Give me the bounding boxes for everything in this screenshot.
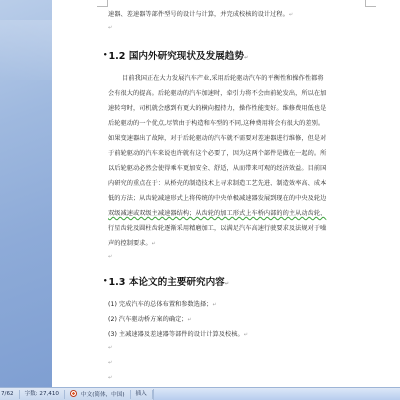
empty-paragraph[interactable]: ↵ <box>108 24 112 31</box>
margin-corner-mark-left <box>97 0 108 7</box>
body-line-last[interactable]: 声的控制要求。↵ <box>108 238 156 247</box>
paragraph-mark-icon: ↵ <box>108 345 112 351</box>
proofing-error-icon <box>70 390 77 397</box>
empty-paragraph[interactable]: ↵ <box>108 344 112 351</box>
body-line[interactable]: 低的方法；从齿轮减速形式上将传统的中央单极减速器发展到现在的中央及轮边 <box>108 193 326 202</box>
paragraph-mark-icon: ↵ <box>225 281 229 287</box>
body-line[interactable]: 速转弯时，司机就会感到有更大的横向握持力，操作性能变好。维修费用低也是 <box>108 103 326 112</box>
word-count[interactable]: 字数: 27,410 <box>20 390 65 399</box>
empty-paragraph[interactable]: ↵ <box>108 359 112 366</box>
list-item[interactable]: (2) 汽车驱动桥方案的确定；↵ <box>108 314 192 323</box>
section-heading-1-2[interactable]: •1.2 国内外研究现状及发展趋势↵ <box>103 48 248 62</box>
body-line[interactable]: 行星齿轮及圆柱齿轮逐渐采用精磨加工，以满足汽车高速行驶要求及法规对于噪 <box>108 223 326 232</box>
body-line[interactable]: 内研究的重点在于：从桥壳的制造技术上寻求制造工艺先进、制造效率高、成本 <box>108 178 326 187</box>
bullet-mark-icon: • <box>103 277 107 285</box>
paragraph-mark-icon: ↵ <box>213 302 217 308</box>
list-item[interactable]: (1) 完成汽车的总体布置和参数选择；↵ <box>108 299 217 308</box>
language-indicator: 中文(简体，中国) <box>81 392 125 398</box>
status-bar-fill <box>153 389 400 400</box>
body-line[interactable]: 目前我国正在大力发展汽车产业,采用后轮驱动汽车的平衡性和操作性都将 <box>122 73 324 82</box>
proofing-status[interactable]: 中文(简体，中国) <box>65 390 131 399</box>
insert-mode[interactable]: 插入 <box>131 390 153 399</box>
status-bar: 7/62 字数: 27,410 中文(简体，中国) 插入 <box>0 387 400 400</box>
page-indicator[interactable]: 7/62 <box>0 390 20 399</box>
list-item[interactable]: (3) 主减速器及差速器等部件的设计计算及校核。↵ <box>108 329 248 338</box>
paragraph-mark-icon: ↵ <box>108 360 112 366</box>
body-line[interactable]: 双级减速或双级主减速器结构；从齿轮的加工形式上车桥内部的的主从动齿轮、 <box>108 208 326 217</box>
workspace-background <box>0 0 52 387</box>
body-line[interactable]: 以后轮驱动必然会使得乘车更加安全、舒适，从而带来可观的经济效益。目前国 <box>108 163 326 172</box>
paragraph-mark-icon: ↵ <box>244 55 248 61</box>
paragraph-mark-icon: ↵ <box>289 12 293 18</box>
margin-corner-mark-right <box>365 0 376 7</box>
body-line[interactable]: 后轮驱动的一个优点,尽管由于构造和车型的不同,这种费用将会有很大的差别。 <box>108 118 324 127</box>
paragraph-mark-icon: ↵ <box>108 375 112 381</box>
text-line[interactable]: 速器、差速器等部件型号的设计与计算，并完成校核的设计过程。↵ <box>108 9 293 18</box>
paragraph-mark-icon: ↵ <box>188 317 192 323</box>
paragraph-mark-icon: ↵ <box>108 25 112 31</box>
body-line[interactable]: 于前轮驱动的汽车来说也许就有这个必要了，因为这两个部件是做在一起的。所 <box>108 148 326 157</box>
paragraph-mark-icon: ↵ <box>244 332 248 338</box>
bullet-mark-icon: • <box>103 51 107 59</box>
empty-paragraph[interactable]: ↵ <box>108 374 112 381</box>
empty-paragraph[interactable]: ↵ <box>108 253 112 260</box>
section-heading-1-3[interactable]: •1.3 本论文的主要研究内容↵ <box>103 274 229 288</box>
body-line[interactable]: 会有很大的提高。后轮驱动的汽车加速时，牵引力将不会由前轮发出，所以在加 <box>108 88 326 97</box>
body-line[interactable]: 如果变速器出了故障，对于后轮驱动的汽车就不需要对差速器进行维修，但是对 <box>108 133 326 142</box>
paragraph-mark-icon: ↵ <box>108 254 112 260</box>
paragraph-mark-icon: ↵ <box>152 241 156 247</box>
